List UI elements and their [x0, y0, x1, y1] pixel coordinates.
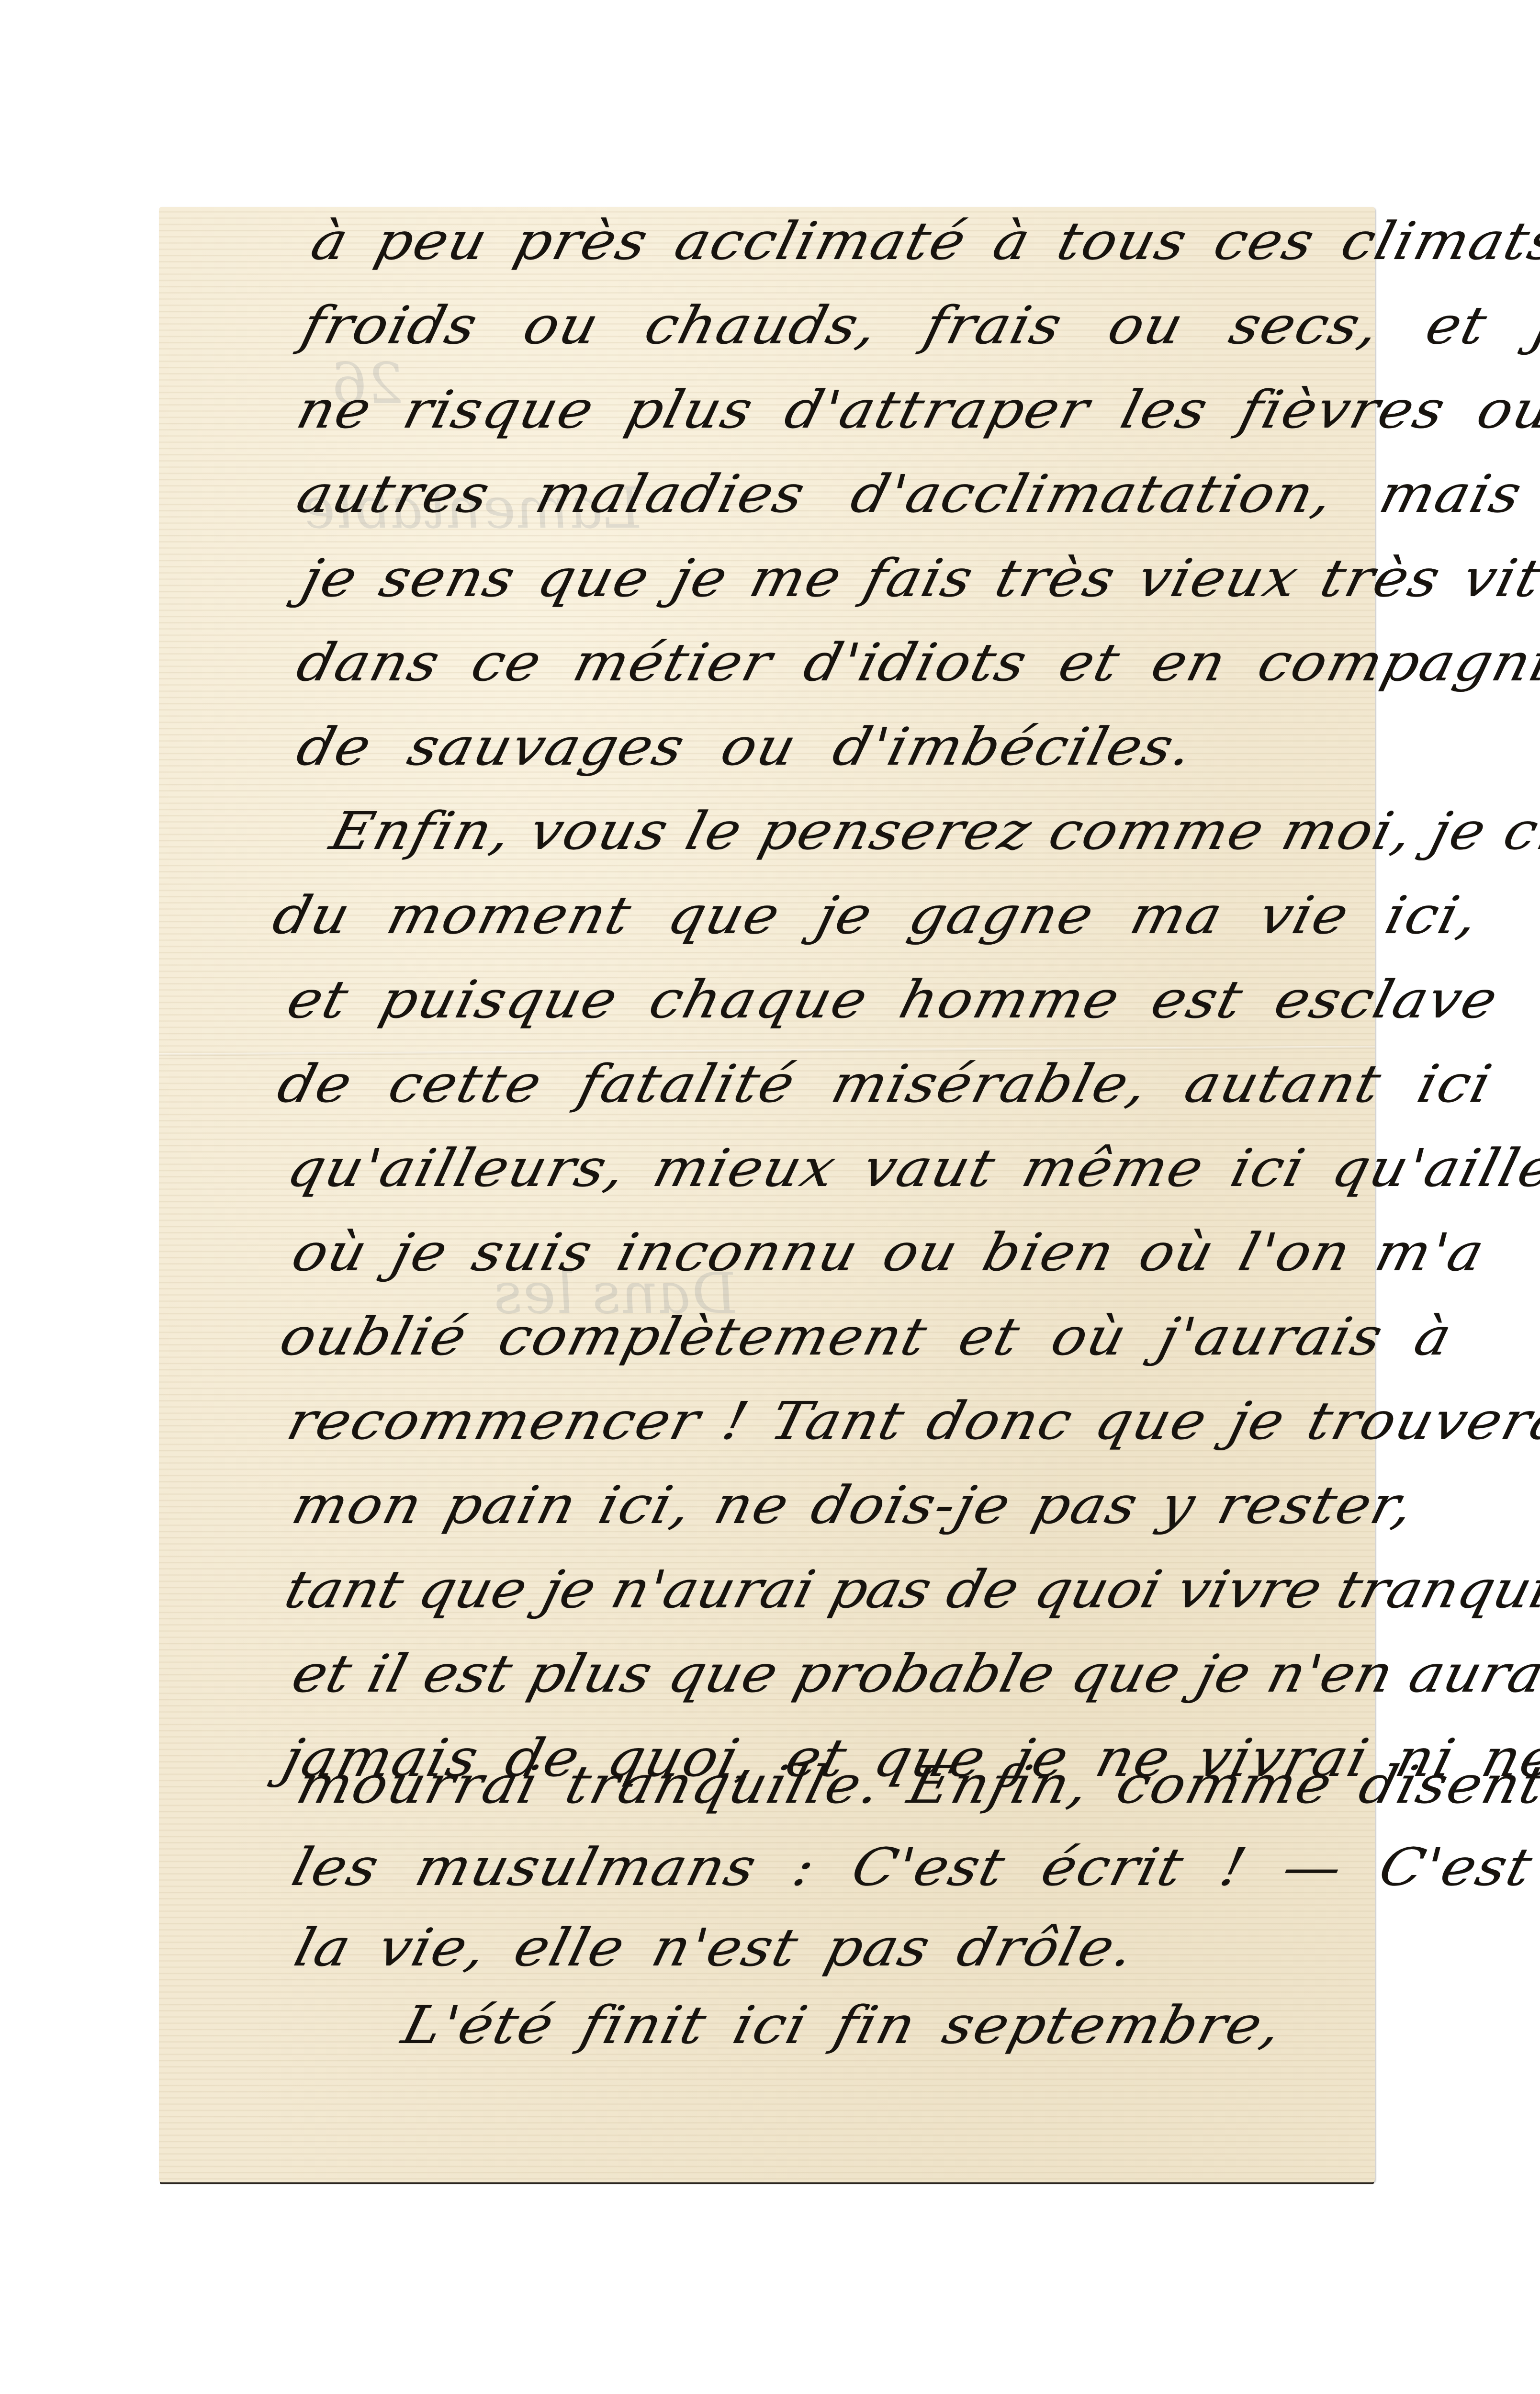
handwritten-line: les musulmans : C'est écrit ! — C'est: [287, 1841, 1538, 1893]
handwritten-line: de sauvages ou d'imbéciles.: [292, 721, 1199, 773]
handwritten-line: je sens que je me fais très vieux très v…: [297, 552, 1540, 604]
handwritten-line: L'été finit ici fin septembre,: [397, 1999, 1288, 2051]
handwritten-line: dans ce métier d'idiots et en compagnie: [292, 636, 1540, 689]
handwritten-line: tant que je n'aurai pas de quoi vivre tr…: [280, 1563, 1540, 1615]
handwritten-line: et il est plus que probable que je n'en …: [287, 1648, 1540, 1700]
handwritten-line: qu'ailleurs, mieux vaut même ici qu'aill…: [282, 1142, 1540, 1194]
handwritten-line: à peu près acclimaté à tous ces climats,: [306, 215, 1540, 267]
handwritten-line: la vie, elle n'est pas drôle.: [290, 1921, 1140, 1974]
handwritten-line: oublié complètement et où j'aurais à: [275, 1310, 1458, 1363]
handwritten-line: mon pain ici, ne dois-je pas y rester,: [287, 1479, 1420, 1531]
handwritten-line: du moment que je gagne ma vie ici,: [268, 889, 1485, 941]
handwritten-line: et puisque chaque homme est esclave: [282, 973, 1504, 1026]
handwritten-line: autres maladies d'acclimatation, mais: [292, 468, 1528, 520]
handwritten-line: de cette fatalité misérable, autant ici: [273, 1058, 1498, 1110]
handwritten-line: froids ou chauds, frais ou secs, et je: [297, 299, 1540, 351]
handwritten-line: mourrai tranquille. Enfin, comme disent: [292, 1759, 1540, 1811]
handwritten-line: recommencer ! Tant donc que je trouverai: [282, 1395, 1540, 1447]
handwritten-line: où je suis inconnu ou bien où l'on m'a: [287, 1226, 1490, 1278]
handwritten-line: Enfin, vous le penserez comme moi, je cr…: [326, 805, 1540, 857]
handwritten-line: ne risque plus d'attraper les fièvres ou: [292, 384, 1540, 436]
